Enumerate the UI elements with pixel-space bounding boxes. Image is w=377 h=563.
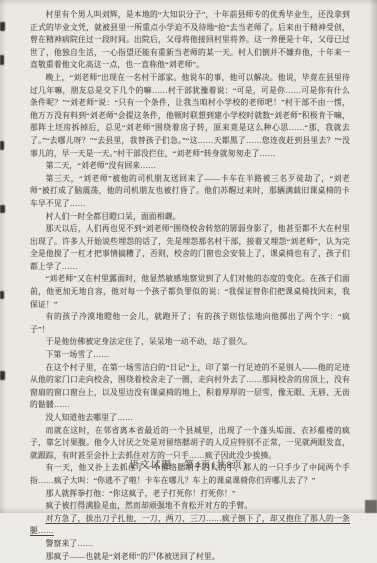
scan-artifact [0,141,4,150]
passage-paragraph: 那天以后，人们再也见不到“刘老师”围绕校舍转悠的孱弱身影了，他甚至都不大在村里出… [30,223,350,273]
passage-paragraph: 第二天，“刘老师”没有回来…… [30,160,350,173]
passage-paragraph: 疯子被打得满脸是血，然而却顽强地不肯松开对方的手臂。 [30,500,350,513]
scan-artifact [0,371,5,380]
passage-paragraph: 村里有个男人叫刘辉，是本地的“大知识分子”，十年前县师专的优秀毕业生，还没拿到正… [30,9,350,72]
page-footer: 语文试题第4页(共8页) [0,457,377,471]
passage-paragraph: 有的孩子冷漠地瞪他一会儿，就跑开了；有的孩子则怯怯地向他掷出了两个字：“疯子”！ [30,311,350,336]
passage-paragraph: 晚上，“刘老师”出现在一名村干部家。他说车的事，他可以解决。他说，毕竟在县里待过… [30,72,350,160]
scan-corner-mark [365,500,377,513]
scan-artifact [0,205,5,213]
scanned-exam-page: 村里有个男人叫刘辉，是本地的“大知识分子”，十年前县师专的优秀毕业生，还没拿到正… [0,0,377,513]
scan-artifact [0,55,4,65]
passage-body: 村里有个男人叫刘辉，是本地的“大知识分子”，十年前县师专的优秀毕业生，还没拿到正… [30,9,350,513]
footer-page-number: 第4页(共8页) [184,461,247,471]
footer-doc-title: 语文试题 [129,461,172,471]
passage-paragraph: 下第一场雪了…… [30,349,350,362]
passage-paragraph: “刘老师”又在村里露面时，他显然敏感地察觉到了人们对他的态度的变化。在孩子们面前… [30,273,350,311]
passage-paragraph: 在这个村子里，在第一场雪洁白的“日记”上，印了第一行足迹的不是别人——他的足迹从… [30,362,350,412]
passage-paragraph: 第三天，“刘老师”被他的司机朋友送回来了——卡车在半路被三名歹徒劫了，“刘老师”… [30,173,350,211]
passage-paragraph: 那人就挥拳打他：“你这疯子，老子打死你！打死你！” [30,488,350,501]
passage-paragraph: 没人知道他去哪里了…… [30,412,350,425]
passage-paragraph: 于是他仿佛被定身法定住了，呆呆地一动不动，站了很久。 [30,336,350,349]
scan-artifact [0,291,4,299]
scan-artifact [0,22,5,31]
passage-paragraph: 村人们一时全都目瞪口呆，面面相觑。 [30,211,350,224]
